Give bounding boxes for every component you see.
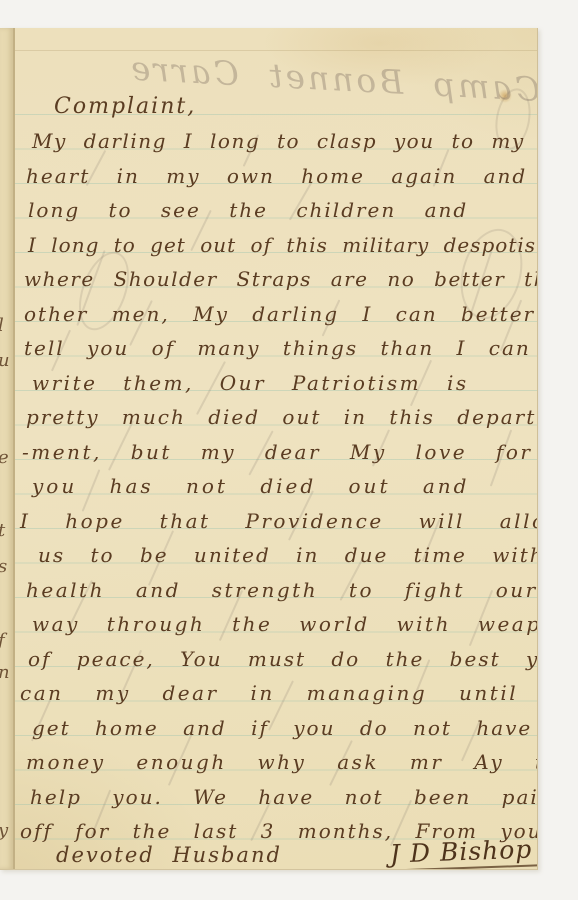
edge-ink-fragment: s <box>0 556 12 577</box>
closing-row: devoted Husband J D Bishop <box>18 836 532 863</box>
paper-crease <box>0 50 537 51</box>
letter-line: get home and if you do not have <box>18 700 532 735</box>
letter-line: health and strength to fight our <box>18 562 532 597</box>
edge-ink-fragment: t <box>0 520 12 541</box>
letter-line: off for the last 3 months, From your <box>18 804 532 839</box>
letter-line: I long to get out of this military despo… <box>18 217 532 252</box>
letter-line: of peace, You must do the best you <box>18 631 532 666</box>
letter-line: way through the world with weapons <box>18 597 532 632</box>
letter-line: you has not died out and <box>18 459 532 494</box>
letter-line: tell you of many things than I can <box>18 321 532 356</box>
letter-line: other men, My darling I can better <box>18 286 532 321</box>
letter-page: Camp Bonnet Carre Complaint, My darling … <box>0 28 538 870</box>
closing-text: devoted Husband <box>56 843 282 867</box>
letter-line: us to be united in due time with <box>18 528 532 563</box>
edge-ink-fragment: n <box>0 662 12 683</box>
letter-line: pretty much died out in this depart- <box>18 390 532 425</box>
letter-line: help you. We have not been paid <box>18 769 532 804</box>
letter-line: write them, Our Patriotism is <box>18 355 532 390</box>
letter-scan: Camp Bonnet Carre Complaint, My darling … <box>0 0 578 900</box>
letter-line: -ment, but my dear My love for <box>18 424 532 459</box>
letter-lines: My darling I long to clasp you to myhear… <box>18 114 532 839</box>
edge-ink-fragment: f <box>0 630 12 651</box>
edge-ink-fragment: y <box>0 820 12 841</box>
edge-ink-fragment: l <box>0 315 12 336</box>
letter-line: My darling I long to clasp you to my <box>18 114 532 149</box>
letter-line: where Shoulder Straps are no better than <box>18 252 532 287</box>
signature: J D Bishop <box>387 834 538 870</box>
letter-line: heart in my own home again and <box>18 148 532 183</box>
edge-ink-fragment: e <box>0 447 12 468</box>
letter-line: can my dear in managing until I <box>18 666 532 701</box>
letter-heading: Complaint, <box>18 79 532 114</box>
edge-ink-fragment: u <box>0 350 12 371</box>
letter-line: long to see the children and <box>18 183 532 218</box>
letter-line: I hope that Providence will allow <box>18 493 532 528</box>
letter-line: money enough why ask mr Ay to <box>18 735 532 770</box>
letter-body: Complaint, My darling I long to clasp yo… <box>18 79 532 863</box>
